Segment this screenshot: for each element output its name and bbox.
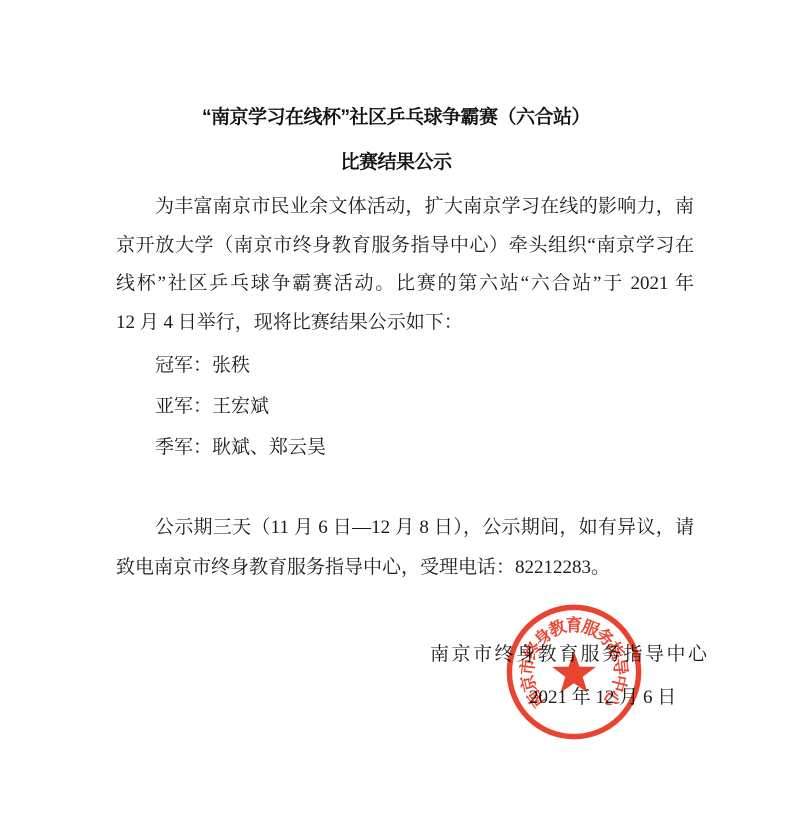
- paragraph-line: 致电南京市终身教育服务指导中心，受理电话：82212283。: [116, 548, 694, 588]
- issue-date: 2021 年 12 月 6 日: [529, 687, 676, 709]
- paragraph-line: 线杯”社区乒乓球争霸赛活动。比赛的第六站“六合站”于 2021 年: [116, 265, 694, 304]
- seal-ring-circle: [509, 607, 638, 736]
- paragraph-line: 12 月 4 日举行，现将比赛结果公示如下：: [116, 304, 694, 343]
- intro-paragraph: 为丰富南京市民业余文体活动，扩大南京学习在线的影响力，南京开放大学（南京市终身教…: [116, 188, 694, 342]
- paragraph-line: 为丰富南京市民业余文体活动，扩大南京学习在线的影响力，南: [116, 188, 694, 227]
- issuer-signature: 南京市终身教育服务指导中心: [430, 644, 710, 666]
- svg-text:育: 育: [566, 615, 583, 635]
- paragraph-line: 公示期三天（11 月 6 日—12 月 8 日），公示期间，如有异议，请: [116, 508, 694, 548]
- winner-line: 季军：耿斌、郑云昊: [116, 427, 694, 468]
- document-title: “南京学习在线杯”社区乒乓球争霸赛（六合站）: [0, 102, 792, 129]
- document-subtitle: 比赛结果公示: [0, 147, 792, 174]
- winners-list: 冠军：张秩亚军：王宏斌季军：耿斌、郑云昊: [116, 345, 694, 468]
- notice-period-paragraph: 公示期三天（11 月 6 日—12 月 8 日），公示期间，如有异议，请致电南京…: [116, 508, 694, 588]
- notice-document-page: “南京学习在线杯”社区乒乓球争霸赛（六合站） 比赛结果公示 为丰富南京市民业余文…: [0, 0, 792, 834]
- winner-line: 亚军：王宏斌: [116, 386, 694, 427]
- seal-graphic: 南京市终身教育服务指导中心: [506, 604, 642, 740]
- paragraph-line: 京开放大学（南京市终身教育服务指导中心）牵头组织“南京学习在: [116, 227, 694, 266]
- official-seal-stamp: 南京市终身教育服务指导中心: [506, 604, 642, 740]
- svg-text:服: 服: [579, 617, 603, 641]
- svg-text:教: 教: [546, 616, 570, 641]
- winner-line: 冠军：张秩: [116, 345, 694, 386]
